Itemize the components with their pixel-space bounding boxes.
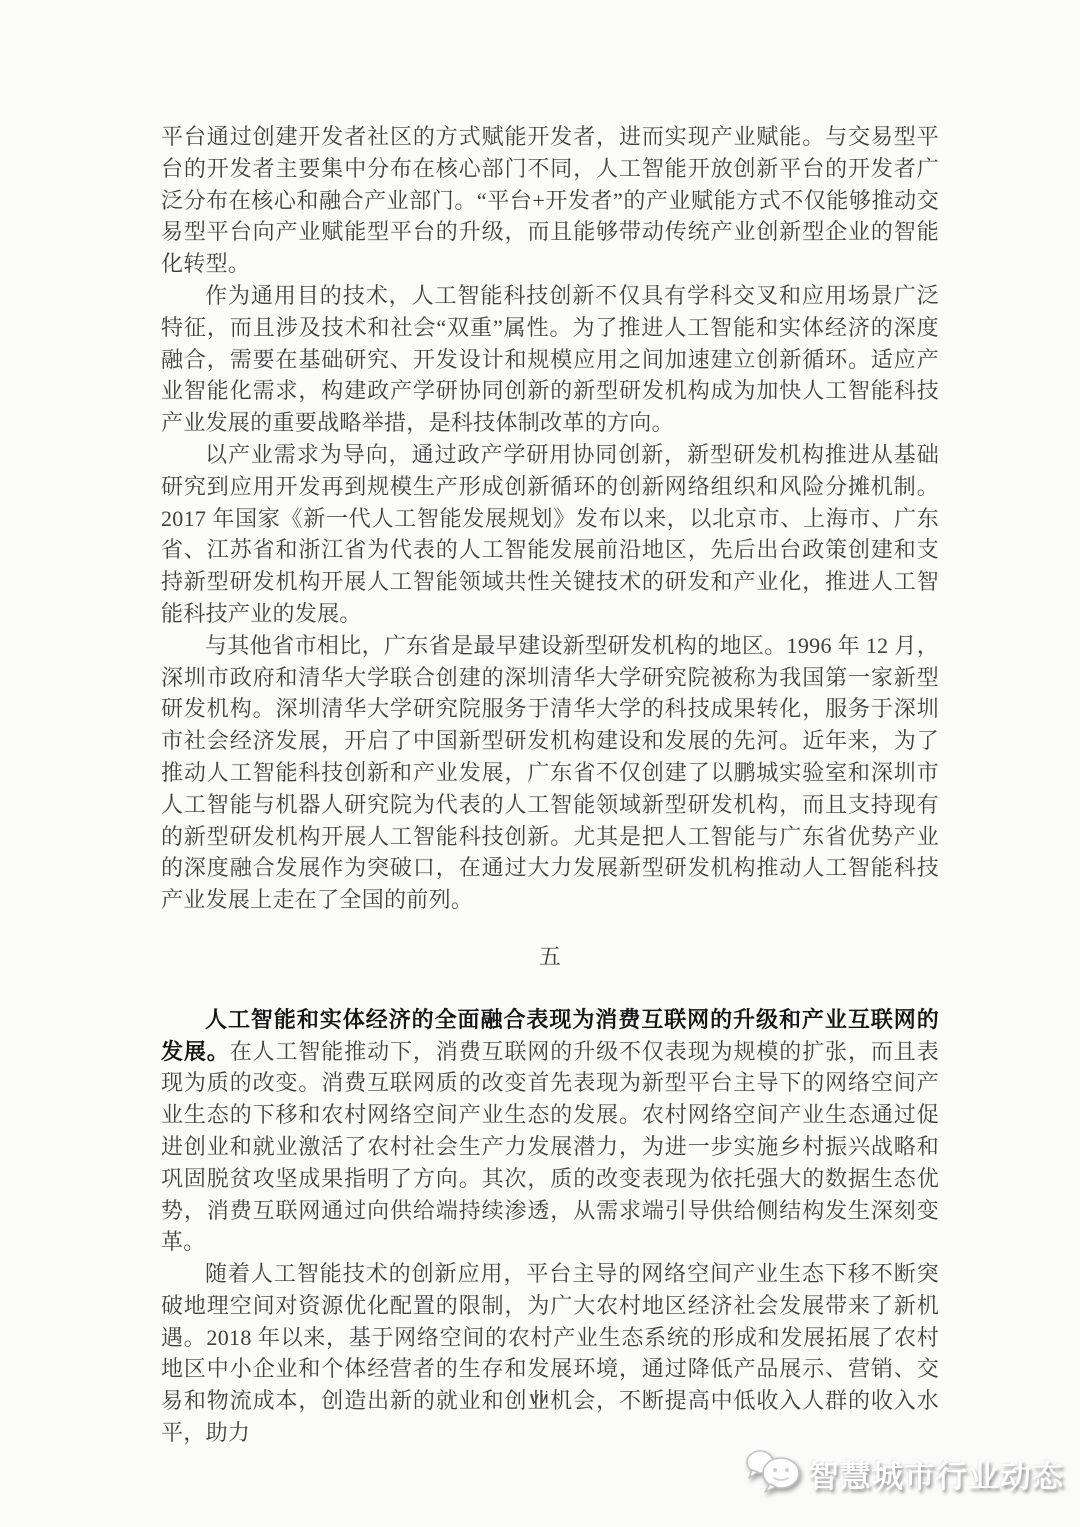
paragraph: 平台通过创建开发者社区的方式赋能开发者，进而实现产业赋能。与交易型平台的开发者主…	[161, 121, 939, 280]
paragraph: 作为通用目的技术，人工智能科技创新不仅具有学科交叉和应用场景广泛特征，而且涉及技…	[161, 280, 939, 439]
paragraph-text: 随着人工智能技术的创新应用，平台主导的网络空间产业生态下移不断突破地理空间对资源…	[161, 1261, 939, 1445]
paragraph-text: 作为通用目的技术，人工智能科技创新不仅具有学科交叉和应用场景广泛特征，而且涉及技…	[161, 283, 939, 435]
paragraph: 以产业需求为导向，通过政产学研用协同创新，新型研发机构推进从基础研究到应用开发再…	[161, 439, 939, 630]
watermark-text: 智慧城市行业动态	[808, 1451, 1064, 1496]
watermark: 智慧城市行业动态	[745, 1447, 1064, 1500]
wechat-chat-bubbles-icon	[745, 1447, 803, 1500]
paragraph: 与其他省市相比，广东省是最早建设新型研发机构的地区。1996 年 12 月，深圳…	[161, 630, 939, 916]
paragraph-text: 与其他省市相比，广东省是最早建设新型研发机构的地区。1996 年 12 月，深圳…	[161, 633, 939, 912]
document-page: 平台通过创建开发者社区的方式赋能开发者，进而实现产业赋能。与交易型平台的开发者主…	[0, 0, 1080, 1527]
paragraph: 随着人工智能技术的创新应用，平台主导的网络空间产业生态下移不断突破地理空间对资源…	[161, 1258, 939, 1449]
section-number: 五	[161, 941, 939, 973]
paragraph: 人工智能和实体经济的全面融合表现为消费互联网的升级和产业互联网的发展。在人工智能…	[161, 1004, 939, 1258]
paragraph-text: 在人工智能推动下，消费互联网的升级不仅表现为规模的扩张，而且表现为质的改变。消费…	[161, 1039, 939, 1255]
page-body-text: 平台通过创建开发者社区的方式赋能开发者，进而实现产业赋能。与交易型平台的开发者主…	[161, 121, 939, 1449]
page-number: vii	[0, 1388, 1080, 1408]
paragraph-text: 以产业需求为导向，通过政产学研用协同创新，新型研发机构推进从基础研究到应用开发再…	[161, 442, 939, 626]
paragraph-text: 平台通过创建开发者社区的方式赋能开发者，进而实现产业赋能。与交易型平台的开发者主…	[161, 124, 939, 276]
